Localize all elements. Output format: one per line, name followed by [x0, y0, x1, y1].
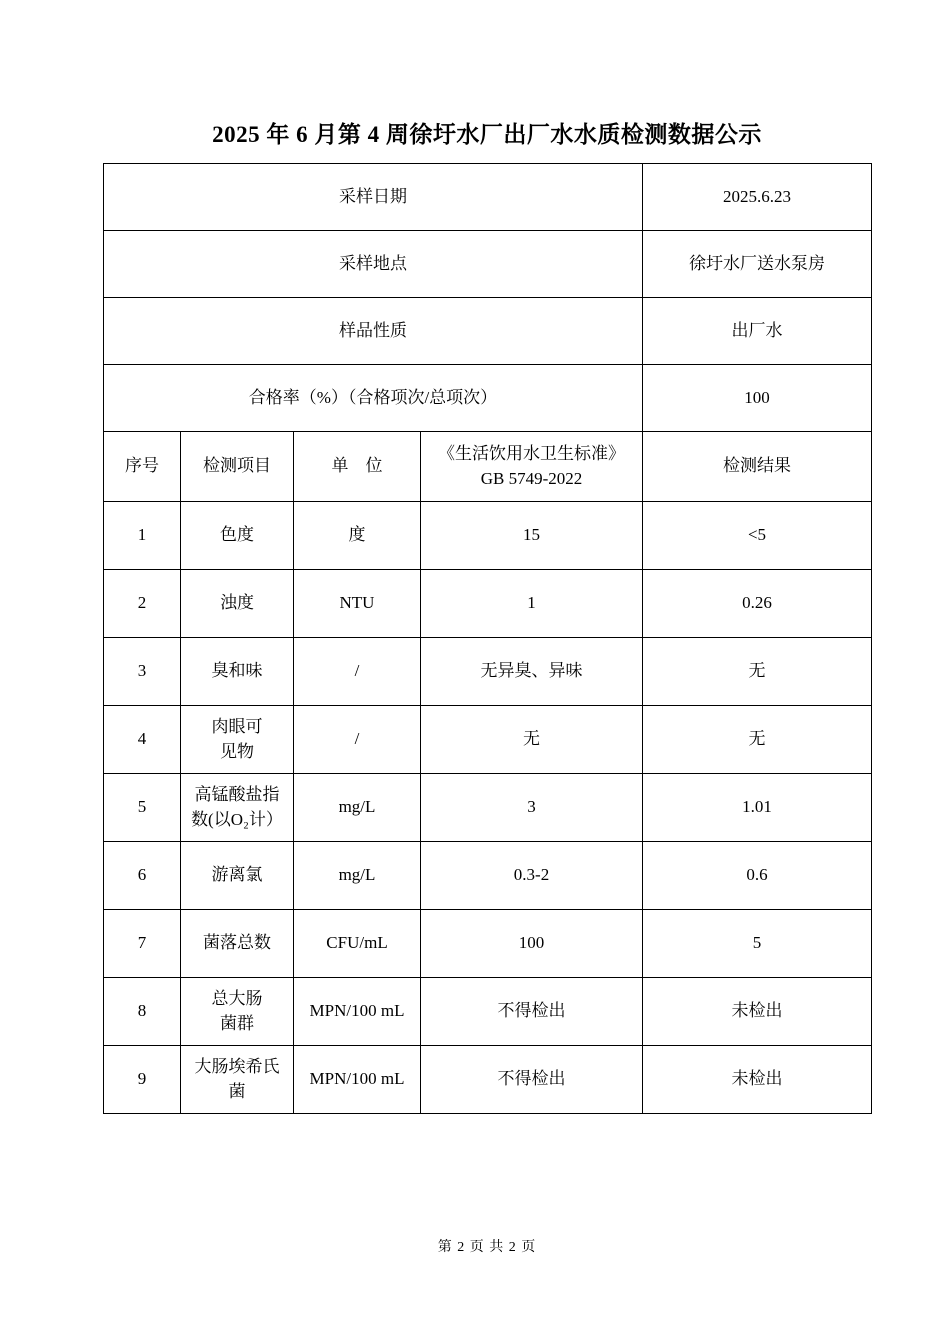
table-row: 8 总大肠 菌群 MPN/100 mL 不得检出 未检出: [104, 978, 872, 1046]
cell-result: 无: [643, 706, 872, 774]
cell-item: 色度: [181, 502, 294, 570]
info-row-pass-rate: 合格率（%）（合格项次/总项次） 100: [104, 365, 872, 432]
table-row: 4 肉眼可 见物 / 无 无: [104, 706, 872, 774]
cell-seq: 6: [104, 842, 181, 910]
cell-standard: 不得检出: [421, 978, 643, 1046]
cell-standard: 0.3-2: [421, 842, 643, 910]
cell-unit: /: [294, 638, 421, 706]
cell-seq: 4: [104, 706, 181, 774]
cell-result: <5: [643, 502, 872, 570]
table-row: 5 高锰酸盐指 数(以O₂计） mg/L 3 1.01: [104, 774, 872, 842]
document-page: 2025 年 6 月第 4 周徐圩水厂出厂水水质检测数据公示 采样日期 2025…: [0, 0, 945, 1336]
info-label: 采样日期: [104, 164, 643, 231]
cell-item: 高锰酸盐指 数(以O₂计）: [181, 774, 294, 842]
info-row-sampling-date: 采样日期 2025.6.23: [104, 164, 872, 231]
table-row: 3 臭和味 / 无异臭、异味 无: [104, 638, 872, 706]
cell-standard: 无异臭、异味: [421, 638, 643, 706]
cell-seq: 8: [104, 978, 181, 1046]
cell-standard: 不得检出: [421, 1046, 643, 1114]
header-standard: 《生活饮用水卫生标准》 GB 5749-2022: [421, 432, 643, 502]
cell-item: 肉眼可 见物: [181, 706, 294, 774]
cell-item: 游离氯: [181, 842, 294, 910]
water-quality-table: 采样日期 2025.6.23 采样地点 徐圩水厂送水泵房 样品性质 出厂水 合格…: [103, 163, 872, 1114]
cell-result: 无: [643, 638, 872, 706]
cell-item: 浊度: [181, 570, 294, 638]
cell-unit: MPN/100 mL: [294, 1046, 421, 1114]
cell-result: 0.6: [643, 842, 872, 910]
cell-seq: 1: [104, 502, 181, 570]
info-value: 出厂水: [643, 298, 872, 365]
info-label: 合格率（%）（合格项次/总项次）: [104, 365, 643, 432]
info-row-sampling-location: 采样地点 徐圩水厂送水泵房: [104, 231, 872, 298]
cell-item: 臭和味: [181, 638, 294, 706]
table-header-row: 序号 检测项目 单 位 《生活饮用水卫生标准》 GB 5749-2022 检测结…: [104, 432, 872, 502]
table-row: 9 大肠埃希氏 菌 MPN/100 mL 不得检出 未检出: [104, 1046, 872, 1114]
cell-result: 0.26: [643, 570, 872, 638]
header-seq: 序号: [104, 432, 181, 502]
cell-item: 菌落总数: [181, 910, 294, 978]
cell-item: 大肠埃希氏 菌: [181, 1046, 294, 1114]
cell-unit: CFU/mL: [294, 910, 421, 978]
cell-seq: 3: [104, 638, 181, 706]
page-title: 2025 年 6 月第 4 周徐圩水厂出厂水水质检测数据公示: [103, 116, 871, 149]
cell-unit: NTU: [294, 570, 421, 638]
cell-standard: 100: [421, 910, 643, 978]
cell-unit: /: [294, 706, 421, 774]
info-label: 采样地点: [104, 231, 643, 298]
cell-result: 5: [643, 910, 872, 978]
cell-standard: 1: [421, 570, 643, 638]
cell-result: 未检出: [643, 978, 872, 1046]
cell-standard: 3: [421, 774, 643, 842]
cell-standard: 无: [421, 706, 643, 774]
table-row: 7 菌落总数 CFU/mL 100 5: [104, 910, 872, 978]
cell-unit: mg/L: [294, 842, 421, 910]
page-footer: 第 2 页 共 2 页: [103, 1236, 871, 1256]
cell-result: 未检出: [643, 1046, 872, 1114]
cell-unit: 度: [294, 502, 421, 570]
info-value: 徐圩水厂送水泵房: [643, 231, 872, 298]
cell-standard: 15: [421, 502, 643, 570]
cell-unit: mg/L: [294, 774, 421, 842]
table-row: 6 游离氯 mg/L 0.3-2 0.6: [104, 842, 872, 910]
cell-result: 1.01: [643, 774, 872, 842]
info-value: 2025.6.23: [643, 164, 872, 231]
cell-item: 总大肠 菌群: [181, 978, 294, 1046]
header-unit: 单 位: [294, 432, 421, 502]
cell-seq: 9: [104, 1046, 181, 1114]
table-row: 2 浊度 NTU 1 0.26: [104, 570, 872, 638]
cell-seq: 7: [104, 910, 181, 978]
table-row: 1 色度 度 15 <5: [104, 502, 872, 570]
info-value: 100: [643, 365, 872, 432]
cell-unit: MPN/100 mL: [294, 978, 421, 1046]
cell-seq: 5: [104, 774, 181, 842]
header-result: 检测结果: [643, 432, 872, 502]
info-row-sample-type: 样品性质 出厂水: [104, 298, 872, 365]
header-item: 检测项目: [181, 432, 294, 502]
cell-seq: 2: [104, 570, 181, 638]
info-label: 样品性质: [104, 298, 643, 365]
